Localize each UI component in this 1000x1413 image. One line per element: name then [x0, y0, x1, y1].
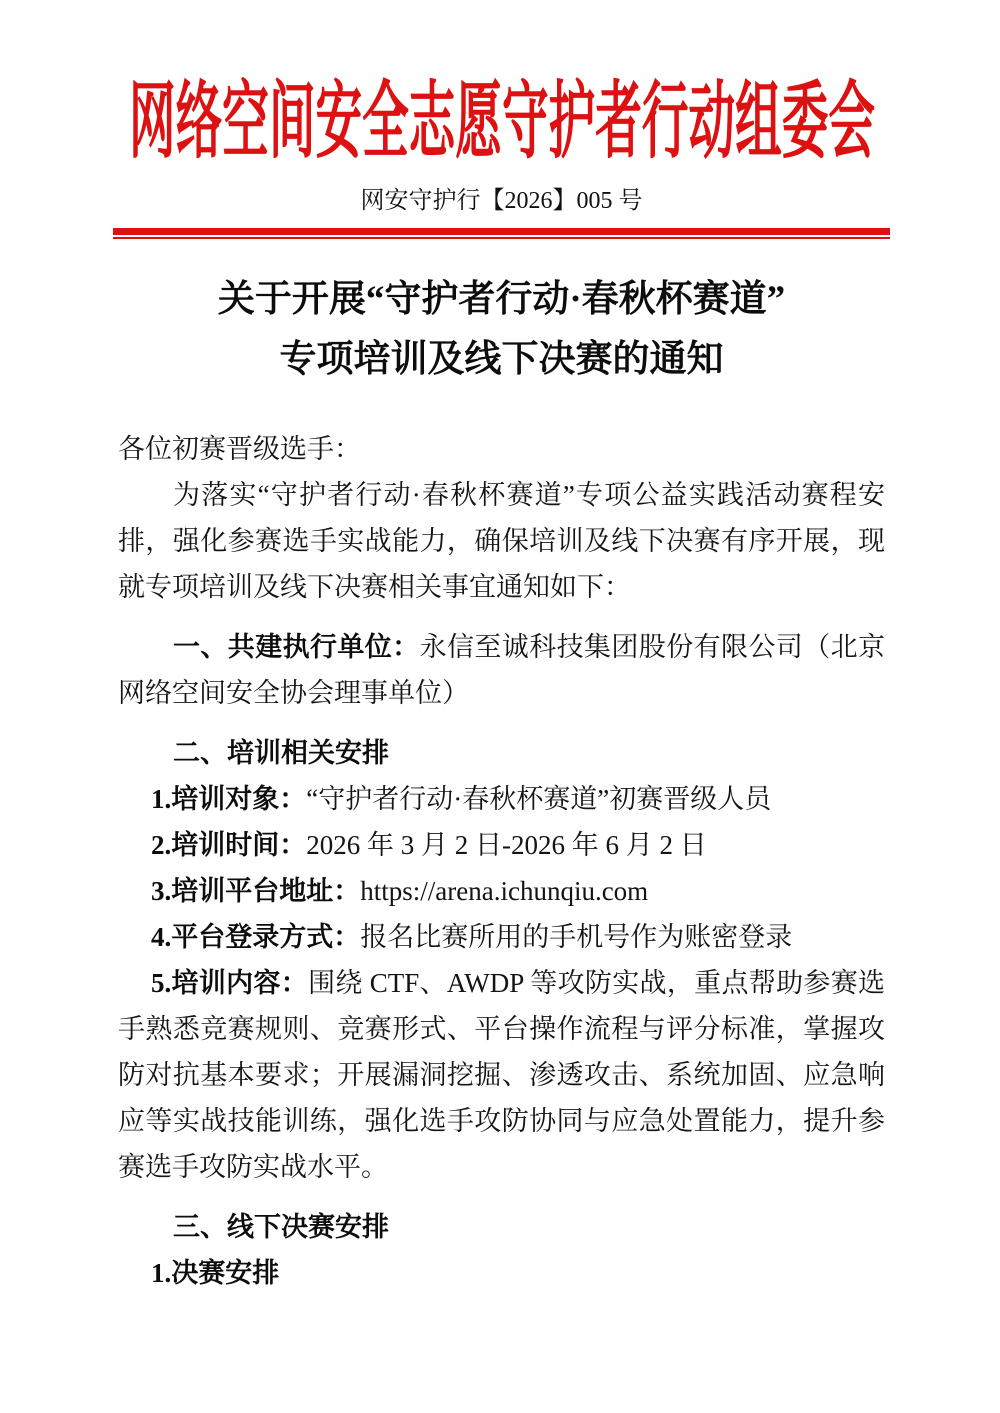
training-item-time-label: 2.培训时间：: [151, 830, 306, 860]
red-divider-rule: [113, 228, 890, 239]
intro-paragraph: 为落实“守护者行动·春秋杯赛道”专项公益实践活动赛程安排，强化参赛选手实战能力，…: [118, 472, 885, 610]
section1-label: 一、共建执行单位：: [173, 632, 420, 662]
training-item-target: 1.培训对象：“守护者行动·春秋杯赛道”初赛晋级人员: [118, 776, 885, 822]
training-item-target-text: “守护者行动·春秋杯赛道”初赛晋级人员: [306, 784, 771, 814]
training-item-login-text: 报名比赛所用的手机号作为账密登录: [360, 922, 792, 952]
training-item-content-label: 5.培训内容：: [151, 968, 308, 998]
document-title: 关于开展“守护者行动·春秋杯赛道” 专项培训及线下决赛的通知: [118, 270, 885, 390]
training-item-login-label: 4.平台登录方式：: [151, 922, 360, 952]
training-item-platform-url: 3.培训平台地址：https://arena.ichunqiu.com: [118, 868, 885, 914]
section3-sub-heading: 1.决赛安排: [118, 1250, 885, 1296]
salutation: 各位初赛晋级选手：: [118, 426, 885, 472]
organization-title: 网络空间安全志愿守护者行动组委会: [129, 74, 875, 172]
training-item-target-label: 1.培训对象：: [151, 784, 306, 814]
document-body: 各位初赛晋级选手： 为落实“守护者行动·春秋杯赛道”专项公益实践活动赛程安排，强…: [118, 426, 885, 1296]
document-title-line2: 专项培训及线下决赛的通知: [118, 330, 885, 390]
training-item-platform-label: 3.培训平台地址：: [151, 876, 360, 906]
red-divider-thin-line: [113, 237, 890, 239]
training-item-content: 5.培训内容：围绕 CTF、AWDP 等攻防实战，重点帮助参赛选手熟悉竞赛规则、…: [118, 960, 885, 1190]
document-title-line1: 关于开展“守护者行动·春秋杯赛道”: [118, 270, 885, 330]
document-number: 网安守护行【2026】005 号: [118, 186, 885, 216]
training-item-content-text: 围绕 CTF、AWDP 等攻防实战，重点帮助参赛选手熟悉竞赛规则、竞赛形式、平台…: [118, 968, 885, 1182]
training-item-time-text: 2026 年 3 月 2 日-2026 年 6 月 2 日: [306, 830, 707, 860]
training-item-login: 4.平台登录方式：报名比赛所用的手机号作为账密登录: [118, 914, 885, 960]
document-page: 网络空间安全志愿守护者行动组委会 网安守护行【2026】005 号 关于开展“守…: [0, 0, 1000, 1413]
section1-paragraph: 一、共建执行单位：永信至诚科技集团股份有限公司（北京网络空间安全协会理事单位）: [118, 624, 885, 716]
training-platform-url-text: https://arena.ichunqiu.com: [360, 876, 648, 906]
training-item-time: 2.培训时间：2026 年 3 月 2 日-2026 年 6 月 2 日: [118, 822, 885, 868]
red-divider-thick-line: [113, 228, 890, 235]
section3-heading: 三、线下决赛安排: [118, 1204, 885, 1250]
letterhead: 网络空间安全志愿守护者行动组委会: [118, 74, 885, 172]
section2-heading: 二、培训相关安排: [118, 730, 885, 776]
